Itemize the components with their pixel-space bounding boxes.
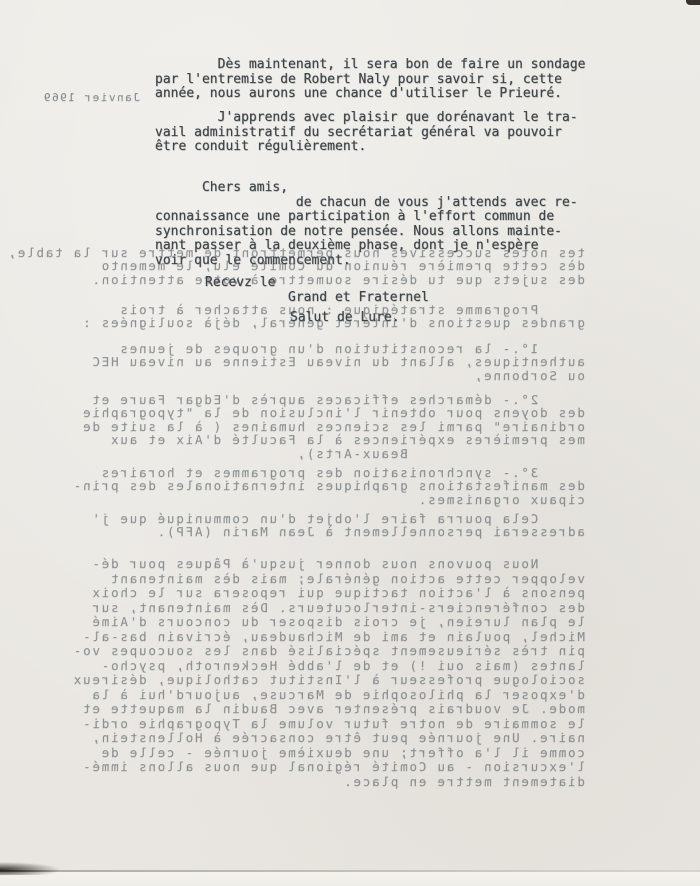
closing-salut: Salut de Lure. <box>290 311 400 326</box>
bleed-list-item-2: 2°.- démarches efficaces auprès d'Edgar … <box>81 393 585 460</box>
bottom-left-edge-smudge <box>0 862 60 875</box>
bleed-list-item-1: 1°.- la reconstitution d'un groupes de j… <box>91 342 585 382</box>
paper-bottom-edge-line <box>0 870 700 872</box>
bleed-list-item-3: 3°.- synchronisation des programmes et h… <box>72 466 585 506</box>
paragraph-chers-amis: Chers amis, de chacun de vous j'attends … <box>155 181 578 269</box>
bleed-paragraph-communique: Cela pourra faire l'objet d'un communiqu… <box>91 512 585 539</box>
scanner-bottom-strip <box>0 872 700 886</box>
scanned-letter-page: Janvier 1969 tes notes successives nous … <box>0 0 700 886</box>
closing-recevz: Recevz le <box>205 276 275 291</box>
scan-corner-mark <box>686 0 700 5</box>
bleed-paragraph-paques: Nous pouvons nous donner jusqu'à Pâques … <box>72 557 585 789</box>
bleed-date: Janvier 1969 <box>43 91 140 104</box>
closing-grand: Grand et Fraternel <box>288 291 429 306</box>
paragraph-secretariat: J'apprends avec plaisir que dorénavant l… <box>155 111 578 155</box>
paragraph-sondage: Dès maintenant, il sera bon de faire un … <box>155 58 585 102</box>
